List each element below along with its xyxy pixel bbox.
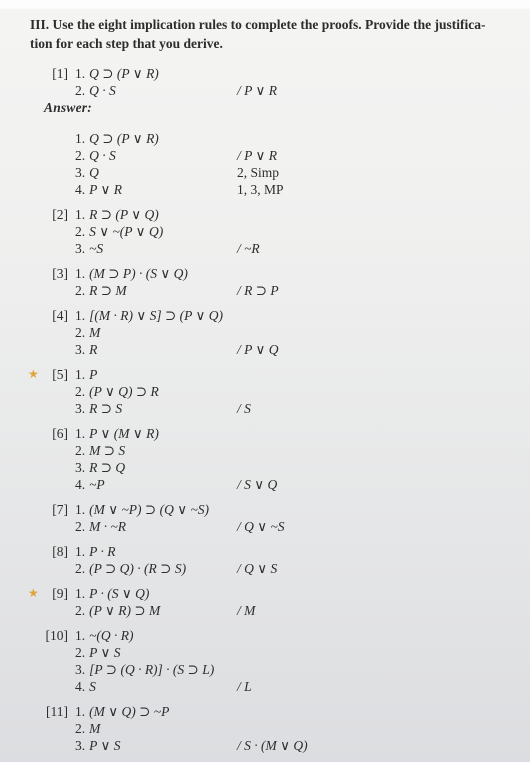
problem-number: [9] — [30, 585, 68, 602]
step-justification: 2, Simp — [237, 164, 279, 181]
step-number: 2. — [75, 325, 85, 340]
step-row: 3.[P ⊃ (Q · R)] · (S ⊃ L) — [0, 661, 530, 678]
step-justification: / ~R — [237, 240, 260, 257]
step-row: 3.R ⊃ S/ S — [0, 400, 530, 417]
problem-block: [1]1.Q ⊃ (P ∨ R)2.Q · S/ P ∨ R — [0, 65, 530, 99]
problem-number: [6] — [30, 425, 68, 442]
section-heading: III. Use the eight implication rules to … — [0, 0, 530, 53]
step-formula: P ∨ R — [89, 182, 122, 197]
step-formula: R ⊃ M — [89, 283, 127, 298]
step-formula: ~(Q · R) — [89, 628, 133, 643]
step-row: [7]1.(M ∨ ~P) ⊃ (Q ∨ ~S) — [0, 501, 530, 518]
step-number: 3. — [75, 401, 85, 416]
step-formula: Q — [89, 165, 99, 180]
problem-number: [2] — [30, 206, 68, 223]
problem-block: ★[9]1.P · (S ∨ Q)2.(P ∨ R) ⊃ M/ M — [0, 585, 530, 619]
problem-number: [3] — [30, 265, 68, 282]
step-number: 4. — [75, 679, 85, 694]
problem-number: [7] — [30, 501, 68, 518]
step-formula: R ⊃ Q — [89, 460, 125, 475]
step-justification: / S · (M ∨ Q) — [237, 737, 308, 754]
problem-block: ★[5]1.P2.(P ∨ Q) ⊃ R3.R ⊃ S/ S — [0, 366, 530, 417]
problem-block: [7]1.(M ∨ ~P) ⊃ (Q ∨ ~S)2.M · ~R/ Q ∨ ~S — [0, 501, 530, 535]
step-justification: / P ∨ R — [237, 147, 277, 164]
step-row: 2.(P ∨ R) ⊃ M/ M — [0, 602, 530, 619]
step-formula: P — [89, 367, 97, 382]
step-number: 1. — [75, 704, 85, 719]
step-row: 4.S/ L — [0, 678, 530, 695]
step-number: 2. — [75, 224, 85, 239]
step-formula: P ∨ (M ∨ R) — [89, 426, 159, 441]
step-formula: M — [89, 721, 100, 736]
step-justification: / R ⊃ P — [237, 282, 279, 299]
step-justification: / S — [237, 400, 251, 417]
step-number: 4. — [75, 477, 85, 492]
step-formula: ~P — [89, 477, 105, 492]
problem-block: [4]1.[(M · R) ∨ S] ⊃ (P ∨ Q)2.M3.R/ P ∨ … — [0, 307, 530, 358]
step-number: 3. — [75, 738, 85, 753]
step-formula: Q ⊃ (P ∨ R) — [89, 131, 159, 146]
problem-number: [10] — [30, 627, 68, 644]
step-row: [4]1.[(M · R) ∨ S] ⊃ (P ∨ Q) — [0, 307, 530, 324]
problem-block: [2]1.R ⊃ (P ∨ Q)2.S ∨ ~(P ∨ Q)3.~S/ ~R — [0, 206, 530, 257]
step-row: [1]1.Q ⊃ (P ∨ R) — [0, 65, 530, 82]
step-formula: (M ⊃ P) · (S ∨ Q) — [89, 266, 188, 281]
step-number: 2. — [75, 603, 85, 618]
step-number: 2. — [75, 561, 85, 576]
step-row: 3.P ∨ S/ S · (M ∨ Q) — [0, 737, 530, 754]
problem-block: [3]1.(M ⊃ P) · (S ∨ Q)2.R ⊃ M/ R ⊃ P — [0, 265, 530, 299]
step-formula: P ∨ S — [89, 738, 120, 753]
step-row: 1.Q ⊃ (P ∨ R) — [0, 130, 530, 147]
step-number: 3. — [75, 342, 85, 357]
step-formula: ~S — [89, 241, 103, 256]
step-row: [6]1.P ∨ (M ∨ R) — [0, 425, 530, 442]
step-formula: R — [89, 342, 97, 357]
step-row: [8]1.P · R — [0, 543, 530, 560]
problem-block: [11]1.(M ∨ Q) ⊃ ~P2.M3.P ∨ S/ S · (M ∨ Q… — [0, 703, 530, 754]
step-formula: Q · S — [89, 83, 116, 98]
step-row: 2.M — [0, 720, 530, 737]
step-justification: / L — [237, 678, 252, 695]
step-number: 2. — [75, 519, 85, 534]
problem-number: [1] — [30, 65, 68, 82]
worksheet-page: III. Use the eight implication rules to … — [0, 0, 530, 762]
step-row: 2.(P ∨ Q) ⊃ R — [0, 383, 530, 400]
step-row: [11]1.(M ∨ Q) ⊃ ~P — [0, 703, 530, 720]
step-number: 2. — [75, 283, 85, 298]
step-row: ★[9]1.P · (S ∨ Q) — [0, 585, 530, 602]
step-formula: M — [89, 325, 100, 340]
step-number: 3. — [75, 460, 85, 475]
step-row: 3.R ⊃ Q — [0, 459, 530, 476]
step-justification: / P ∨ Q — [237, 341, 279, 358]
step-formula: [(M · R) ∨ S] ⊃ (P ∨ Q) — [89, 308, 223, 323]
step-number: 2. — [75, 443, 85, 458]
step-formula: R ⊃ (P ∨ Q) — [89, 207, 159, 222]
step-number: 2. — [75, 645, 85, 660]
step-row: 2.P ∨ S — [0, 644, 530, 661]
problem-number: [11] — [30, 703, 68, 720]
step-number: 4. — [75, 182, 85, 197]
step-number: 1. — [75, 308, 85, 323]
step-row: 2.M · ~R/ Q ∨ ~S — [0, 518, 530, 535]
step-formula: P · R — [89, 544, 115, 559]
step-justification: / M — [237, 602, 255, 619]
problem-block: [6]1.P ∨ (M ∨ R)2.M ⊃ S3.R ⊃ Q4.~P/ S ∨ … — [0, 425, 530, 493]
step-row: 2.Q · S/ P ∨ R — [0, 82, 530, 99]
step-number: 1. — [75, 367, 85, 382]
step-row: 2.M — [0, 324, 530, 341]
step-justification: / Q ∨ S — [237, 560, 277, 577]
step-number: 3. — [75, 165, 85, 180]
step-justification: / Q ∨ ~S — [237, 518, 285, 535]
step-formula: P · (S ∨ Q) — [89, 586, 149, 601]
answer-label: Answer: — [0, 99, 530, 116]
step-row: 3.~S/ ~R — [0, 240, 530, 257]
problem-number: [4] — [30, 307, 68, 324]
step-justification: 1, 3, MP — [237, 181, 284, 198]
step-formula: (P ∨ R) ⊃ M — [89, 603, 160, 618]
step-formula: M · ~R — [89, 519, 126, 534]
problem-number: [5] — [30, 366, 68, 383]
step-justification: / S ∨ Q — [237, 476, 277, 493]
step-number: 1. — [75, 628, 85, 643]
heading-line-2: tion for each step that you derive. — [30, 34, 502, 53]
problem-block: [8]1.P · R2.(P ⊃ Q) · (R ⊃ S)/ Q ∨ S — [0, 543, 530, 577]
problem-number: [8] — [30, 543, 68, 560]
answer-proof-block: 1.Q ⊃ (P ∨ R)2.Q · S/ P ∨ R3.Q2, Simp4.P… — [0, 130, 530, 198]
step-number: 1. — [75, 426, 85, 441]
step-row: [3]1.(M ⊃ P) · (S ∨ Q) — [0, 265, 530, 282]
step-formula: M ⊃ S — [89, 443, 125, 458]
step-number: 2. — [75, 721, 85, 736]
step-row: 4.P ∨ R1, 3, MP — [0, 181, 530, 198]
step-formula: S — [89, 679, 96, 694]
step-number: 2. — [75, 384, 85, 399]
step-formula: [P ⊃ (Q · R)] · (S ⊃ L) — [89, 662, 214, 677]
step-number: 1. — [75, 207, 85, 222]
step-formula: Q · S — [89, 148, 116, 163]
step-row: [10]1.~(Q · R) — [0, 627, 530, 644]
step-formula: S ∨ ~(P ∨ Q) — [89, 224, 163, 239]
heading-line-1: III. Use the eight implication rules to … — [30, 15, 502, 34]
step-formula: (P ∨ Q) ⊃ R — [89, 384, 159, 399]
step-number: 3. — [75, 662, 85, 677]
step-formula: (P ⊃ Q) · (R ⊃ S) — [89, 561, 186, 576]
step-number: 2. — [75, 83, 85, 98]
step-row: ★[5]1.P — [0, 366, 530, 383]
step-row: 3.R/ P ∨ Q — [0, 341, 530, 358]
step-number: 1. — [75, 131, 85, 146]
step-formula: Q ⊃ (P ∨ R) — [89, 66, 159, 81]
step-justification: / P ∨ R — [237, 82, 277, 99]
step-row: [2]1.R ⊃ (P ∨ Q) — [0, 206, 530, 223]
step-row: 3.Q2, Simp — [0, 164, 530, 181]
step-formula: P ∨ S — [89, 645, 120, 660]
step-number: 1. — [75, 66, 85, 81]
step-row: 2.(P ⊃ Q) · (R ⊃ S)/ Q ∨ S — [0, 560, 530, 577]
step-row: 4.~P/ S ∨ Q — [0, 476, 530, 493]
step-row: 2.S ∨ ~(P ∨ Q) — [0, 223, 530, 240]
step-formula: R ⊃ S — [89, 401, 122, 416]
step-number: 1. — [75, 586, 85, 601]
step-number: 1. — [75, 266, 85, 281]
step-row: 2.R ⊃ M/ R ⊃ P — [0, 282, 530, 299]
proof-blocks: [1]1.Q ⊃ (P ∨ R)2.Q · S/ P ∨ RAnswer:1.Q… — [0, 65, 530, 754]
step-row: 2.Q · S/ P ∨ R — [0, 147, 530, 164]
step-number: 1. — [75, 502, 85, 517]
step-number: 2. — [75, 148, 85, 163]
step-number: 3. — [75, 241, 85, 256]
step-row: 2.M ⊃ S — [0, 442, 530, 459]
step-formula: (M ∨ Q) ⊃ ~P — [89, 704, 169, 719]
step-formula: (M ∨ ~P) ⊃ (Q ∨ ~S) — [89, 502, 209, 517]
problem-block: [10]1.~(Q · R)2.P ∨ S3.[P ⊃ (Q · R)] · (… — [0, 627, 530, 695]
step-number: 1. — [75, 544, 85, 559]
